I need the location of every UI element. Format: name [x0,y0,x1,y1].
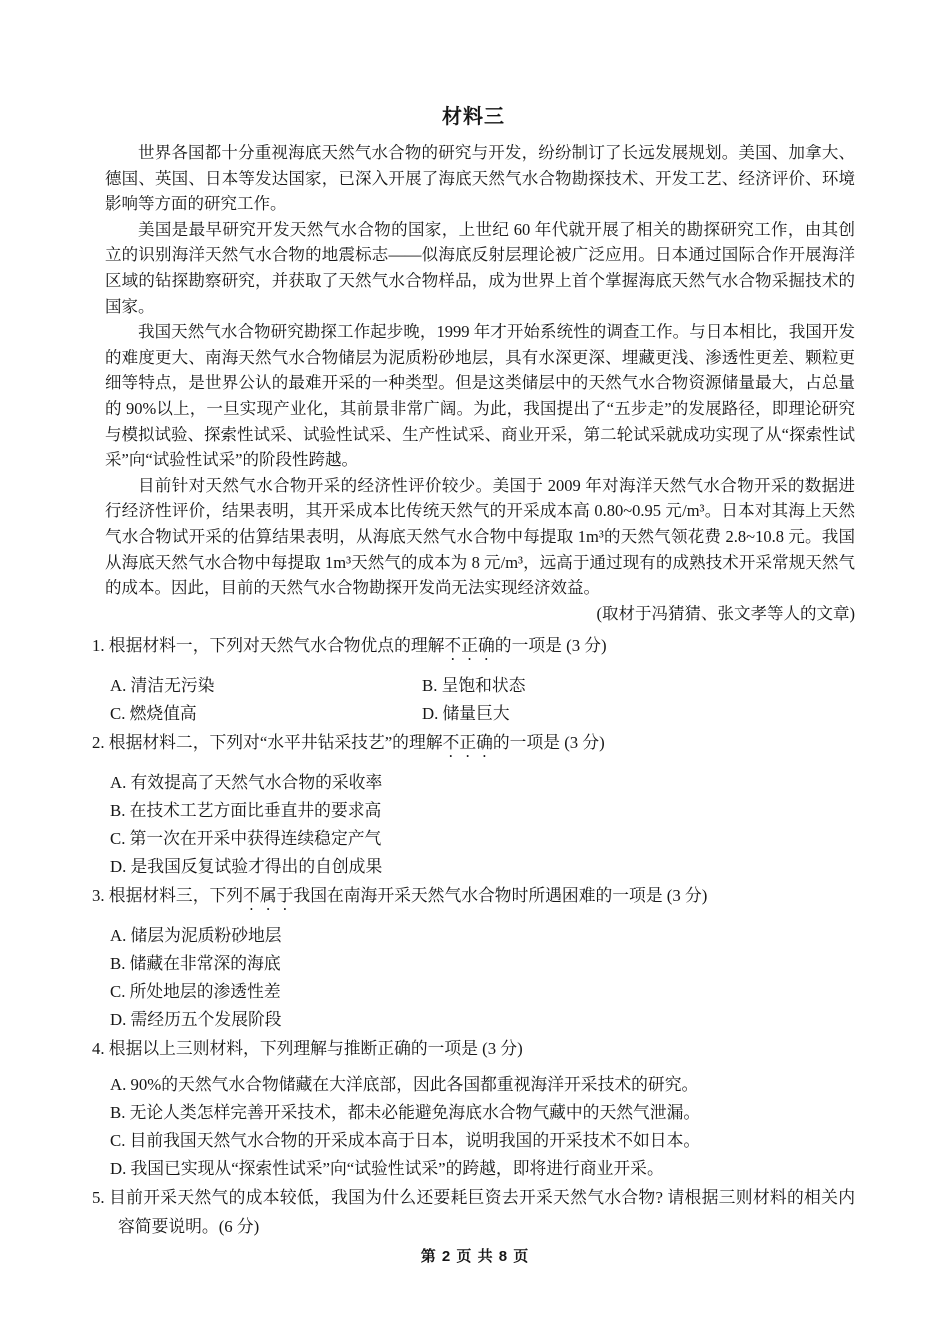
question-4-option-d: D. 我国已实现从“探索性试采”向“试验性试采”的跨越，即将进行商业开采。 [110,1155,855,1183]
body-paragraph-3: 我国天然气水合物研究勘探工作起步晚，1999 年才开始系统性的调查工作。与日本相… [105,319,855,473]
question-1-prefix: 1. 根据材料一，下列对天然气水合物优点的理解 [92,636,444,655]
question-2: 2. 根据材料二，下列对“水平井钻采技艺”的理解不正确的一项是 (3 分) A.… [92,728,855,881]
question-2-option-b: B. 在技术工艺方面比垂直井的要求高 [110,797,855,825]
question-4-option-b: B. 无论人类怎样完善开采技术，都未必能避免海底水合物气藏中的天然气泄漏。 [110,1099,855,1127]
question-4-option-c: C. 目前我国天然气水合物的开采成本高于日本，说明我国的开采技术不如日本。 [110,1127,855,1155]
question-4-option-a: A. 90%的天然气水合物储藏在大洋底部，因此各国都重视海洋开采技术的研究。 [110,1071,855,1099]
body-paragraph-4: 目前针对天然气水合物开采的经济性评价较少。美国于 2009 年对海洋天然气水合物… [105,473,855,601]
question-3-suffix: 我国在南海开采天然气水合物时所遇困难的一项是 (3 分) [293,886,707,905]
question-5-text: 5. 目前开采天然气的成本较低，我国为什么还要耗巨资去开采天然气水合物? 请根据… [92,1183,855,1241]
question-1-options: A. 清洁无污染 B. 呈饱和状态 C. 燃烧值高 D. 储量巨大 [110,672,855,728]
source-attribution: (取材于冯猜猜、张文孝等人的文章) [105,601,855,627]
question-3-options: A. 储层为泥质粉砂地层 B. 储藏在非常深的海底 C. 所处地层的渗透性差 D… [110,922,855,1034]
question-2-options: A. 有效提高了天然气水合物的采收率 B. 在技术工艺方面比垂直井的要求高 C.… [110,769,855,881]
question-2-suffix: 的一项是 (3 分) [493,733,605,752]
question-1-emphasized: 不正确 [444,636,494,655]
material-title: 材料三 [92,104,855,130]
page-number-footer: 第 2 页 共 8 页 [0,1245,950,1266]
question-3-option-b: B. 储藏在非常深的海底 [110,950,855,978]
question-2-prefix: 2. 根据材料二，下列对“水平井钻采技艺”的理解 [92,733,443,752]
question-3-text: 3. 根据材料三，下列不属于我国在南海开采天然气水合物时所遇困难的一项是 (3 … [92,881,855,914]
body-paragraph-2: 美国是最早研究开发天然气水合物的国家，上世纪 60 年代就开展了相关的勘探研究工… [105,217,855,319]
question-1-option-c: C. 燃烧值高 [110,700,422,728]
question-3: 3. 根据材料三，下列不属于我国在南海开采天然气水合物时所遇困难的一项是 (3 … [92,881,855,1034]
question-3-option-c: C. 所处地层的渗透性差 [110,978,855,1006]
question-2-option-c: C. 第一次在开采中获得连续稳定产气 [110,825,855,853]
question-2-option-a: A. 有效提高了天然气水合物的采收率 [110,769,855,797]
question-4-text: 4. 根据以上三则材料，下列理解与推断正确的一项是 (3 分) [92,1034,855,1063]
question-3-option-a: A. 储层为泥质粉砂地层 [110,922,855,950]
question-2-emphasized: 不正确 [443,733,493,752]
question-4: 4. 根据以上三则材料，下列理解与推断正确的一项是 (3 分) A. 90%的天… [92,1034,855,1183]
question-3-prefix: 3. 根据材料三，下列 [92,886,243,905]
question-1-option-b: B. 呈饱和状态 [422,672,855,700]
question-5: 5. 目前开采天然气的成本较低，我国为什么还要耗巨资去开采天然气水合物? 请根据… [92,1183,855,1241]
question-1-suffix: 的一项是 (3 分) [495,636,607,655]
question-2-option-d: D. 是我国反复试验才得出的自创成果 [110,853,855,881]
question-1-option-a: A. 清洁无污染 [110,672,422,700]
question-1-text: 1. 根据材料一，下列对天然气水合物优点的理解不正确的一项是 (3 分) [92,631,855,664]
question-1-option-d: D. 储量巨大 [422,700,855,728]
body-paragraph-1: 世界各国都十分重视海底天然气水合物的研究与开发，纷纷制订了长远发展规划。美国、加… [105,140,855,217]
question-3-option-d: D. 需经历五个发展阶段 [110,1006,855,1034]
question-4-options: A. 90%的天然气水合物储藏在大洋底部，因此各国都重视海洋开采技术的研究。 B… [110,1071,855,1183]
question-2-text: 2. 根据材料二，下列对“水平井钻采技艺”的理解不正确的一项是 (3 分) [92,728,855,761]
question-1: 1. 根据材料一，下列对天然气水合物优点的理解不正确的一项是 (3 分) A. … [92,631,855,728]
exam-paper-page: 材料三 世界各国都十分重视海底天然气水合物的研究与开发，纷纷制订了长远发展规划。… [0,0,950,1344]
question-3-emphasized: 不属于 [243,886,293,905]
page-content: 材料三 世界各国都十分重视海底天然气水合物的研究与开发，纷纷制订了长远发展规划。… [0,0,950,1241]
